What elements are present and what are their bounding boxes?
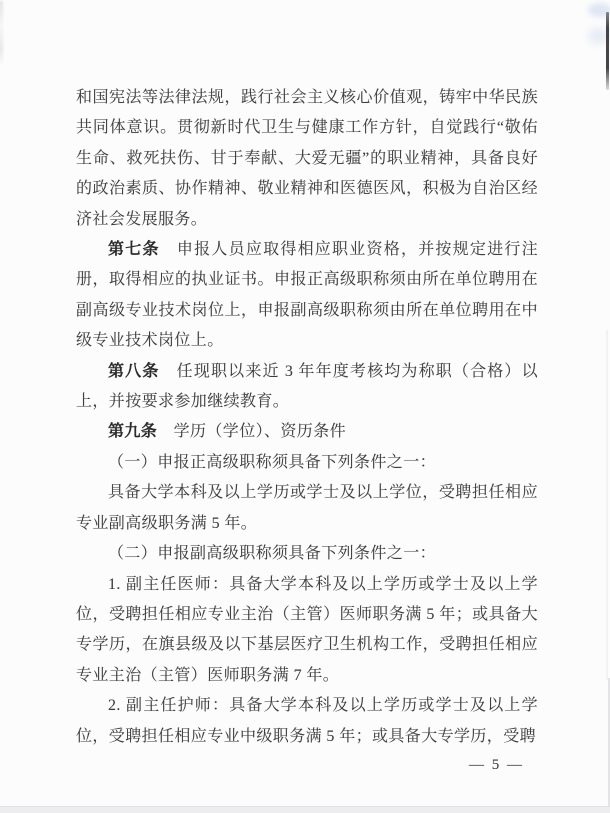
paragraph: 第七条 申报人员应取得相应职业资格，并按规定进行注册，取得相应的执业证书。申报正…	[76, 235, 538, 357]
paragraph: 和国宪法等法律法规，践行社会主义核心价值观，铸牢中华民族共同体意识。贯彻新时代卫…	[76, 83, 538, 235]
scan-left-edge-mark	[0, 1, 3, 65]
paragraph: 第九条 学历（学位）、资历条件	[76, 417, 538, 447]
scan-right-edge-dark-line	[606, 12, 609, 90]
page-number: — 5 —	[469, 757, 524, 774]
scan-bottom-edge	[0, 806, 610, 813]
document-text: 和国宪法等法律法规，践行社会主义核心价值观，铸牢中华民族共同体意识。贯彻新时代卫…	[76, 83, 538, 752]
scanned-document-page: 和国宪法等法律法规，践行社会主义核心价值观，铸牢中华民族共同体意识。贯彻新时代卫…	[0, 0, 610, 813]
article-number: 第九条	[108, 423, 157, 440]
paragraph: 2. 副主任护师：具备大学本科及以上学历或学士及以上学位，受聘担任相应专业中级职…	[76, 691, 538, 752]
paragraph: 第八条 任现职以来近 3 年年度考核均为称职（合格）以上，并按要求参加继续教育。	[76, 357, 538, 418]
article-number: 第八条	[108, 363, 160, 380]
paragraph: 具备大学本科及以上学历或学士及以上学位，受聘担任相应专业副高级职务满 5 年。	[76, 478, 538, 539]
scan-right-edge-faint-line	[606, 330, 608, 680]
paragraph: 1. 副主任医师：具备大学本科及以上学历或学士及以上学位，受聘担任相应专业主治（…	[76, 570, 538, 692]
paragraph: （二）申报副高级职称须具备下列条件之一：	[76, 539, 538, 569]
scan-blue-smudge-lower	[588, 28, 609, 44]
scan-blue-smudge-top	[588, 3, 610, 17]
paragraph: （一）申报正高级职称须具备下列条件之一：	[76, 448, 538, 478]
article-number: 第七条	[108, 241, 160, 258]
